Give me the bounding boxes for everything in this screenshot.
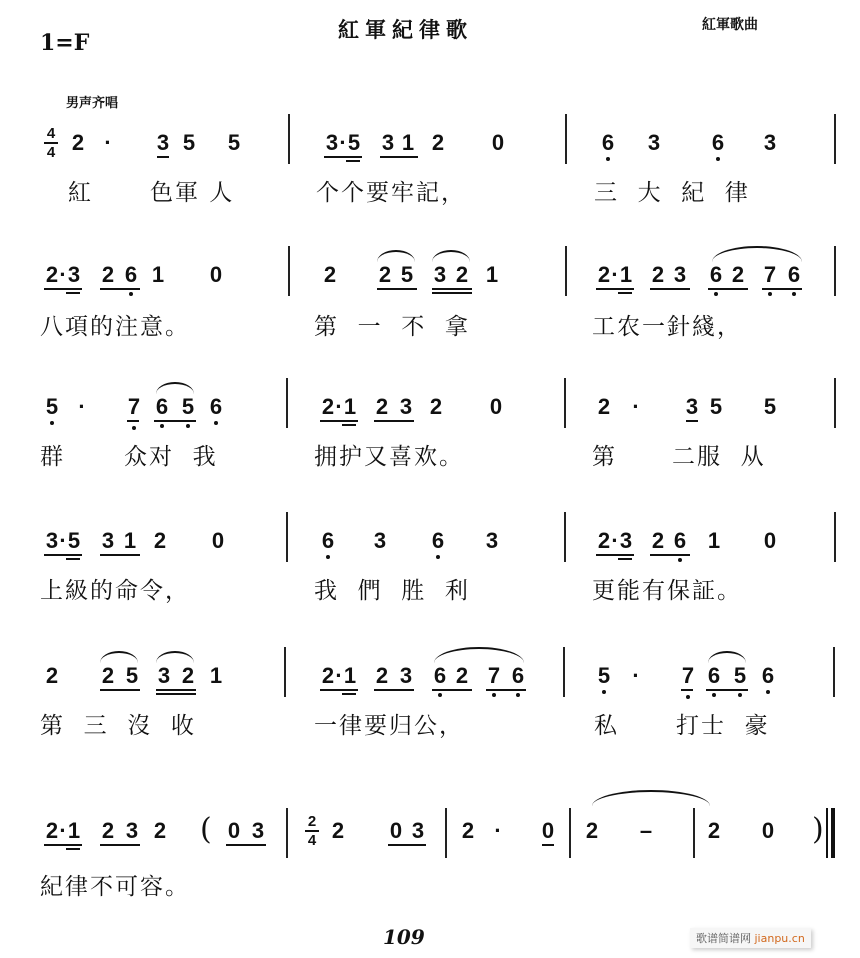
score-row-2: 2 · 3 2 6 1 0 2 2 5 3 2 1 2 · 1 2 3 6 2 … [0,262,860,342]
barline [563,647,565,697]
note: 0 [762,528,778,554]
note: 3 [124,818,140,844]
note: 2 [374,394,390,420]
note: 3 [250,818,266,844]
note: 2 [596,394,612,420]
note: 2 [650,262,666,288]
left-paren: ( [200,812,212,847]
lyric: 紀律不可容。 [40,868,190,901]
barline [565,246,567,296]
dash: – [638,818,654,844]
lyric: 工农一針綫， [592,308,742,341]
barline [286,808,288,858]
barline [569,808,571,858]
note: 0 [210,528,226,554]
performance-note: 男声齐唱 [66,92,118,111]
barline [565,114,567,164]
lyric: 打士 豪 [676,707,770,740]
lyric: 我 們 胜 利 [314,572,470,605]
note: 5 [226,130,242,156]
song-source: 紅軍歌曲 [702,14,758,34]
barline [286,512,288,562]
note: 3 [398,394,414,420]
note: 6 [708,262,724,288]
note: 5 [44,394,60,420]
note: 3 [100,528,116,554]
song-title: 紅軍紀律歌 [338,14,473,44]
note: 2 [650,528,666,554]
note: 6 [600,130,616,156]
score-row-6: 2 · 1 2 3 2 ( 0 3 24 2 0 3 2 · 0 2 – 2 0… [0,818,860,898]
note: 5 [732,663,748,689]
lyric: 八項的注意。 [40,308,190,341]
note: 7 [486,663,502,689]
barline [445,808,447,858]
note: 3 [398,663,414,689]
barline [834,378,836,428]
note: 7 [126,394,142,420]
dot: · [490,818,506,844]
note: 5 [66,528,82,554]
lyric: 第 一 不 拿 [314,308,470,341]
note: 3 [380,130,396,156]
note: 0 [490,130,506,156]
note: 1 [66,818,82,844]
right-paren: ) [812,812,824,847]
final-barline [826,808,828,858]
note: 5 [399,262,415,288]
note: 5 [181,130,197,156]
note: 2 [100,663,116,689]
note: 3 [156,663,172,689]
note: 6 [208,394,224,420]
note: 0 [208,262,224,288]
note: 0 [760,818,776,844]
lyric: 第 三 沒 收 [40,707,196,740]
note: 6 [672,528,688,554]
note: 2 [100,262,116,288]
note: 2 [460,818,476,844]
lyric: 三 大 紀 律 [594,174,750,207]
barline [288,246,290,296]
note: 2 [44,663,60,689]
lyric: 上級的命令， [40,572,190,605]
note: 0 [488,394,504,420]
note: 2 [454,262,470,288]
lyric: 色軍 人 [150,174,234,207]
dot: · [74,394,90,420]
note: 3 [155,130,171,156]
lyric: 一律要归公， [314,707,464,740]
lyric: 更能有保証。 [592,572,742,605]
page-number: 109 [383,925,425,949]
lyric: 个个要牢記， [316,174,466,207]
note: 2 [152,528,168,554]
note: 2 [430,130,446,156]
note: 5 [346,130,362,156]
note: 2 [428,394,444,420]
note: 2 [100,818,116,844]
lyric: 拥护又喜欢。 [314,438,464,471]
lyric: 私 [594,707,619,740]
note: 5 [124,663,140,689]
note: 1 [400,130,416,156]
note: 3 [484,528,500,554]
note: 5 [180,394,196,420]
note: 3 [684,394,700,420]
note: 6 [706,663,722,689]
note: 3 [672,262,688,288]
score-row-5: 2 2 5 3 2 1 2 · 1 2 3 6 2 7 6 5 · 7 6 5 … [0,663,860,743]
barline [284,647,286,697]
note: 6 [786,262,802,288]
note: 3 [372,528,388,554]
key-signature: 1=F [40,30,89,56]
note: 3 [618,528,634,554]
note: 6 [760,663,776,689]
note: 2 [152,818,168,844]
note: 2 [180,663,196,689]
note: 2 [322,262,338,288]
lyric: 紅 [68,174,93,207]
time-signature: 24 [305,814,319,848]
note: 1 [342,663,358,689]
note: 2 [454,663,470,689]
note: 2 [377,262,393,288]
dot: · [100,130,116,156]
score-row-3: 5 · 7 6 5 6 2 · 1 2 3 2 0 2 · 3 5 5 群 众对… [0,394,860,474]
note: 6 [320,528,336,554]
note: 3 [410,818,426,844]
barline [564,512,566,562]
note: 3 [762,130,778,156]
barline [286,378,288,428]
time-signature: 44 [44,126,58,160]
note: 2 [70,130,86,156]
note: 2 [330,818,346,844]
note: 6 [154,394,170,420]
barline [833,647,835,697]
barline [564,378,566,428]
barline [693,808,695,858]
score-row-4: 3 · 5 3 1 2 0 6 3 6 3 2 · 3 2 6 1 0 上級的命… [0,528,860,608]
note: 6 [432,663,448,689]
note: 1 [342,394,358,420]
note: 6 [710,130,726,156]
note: 5 [596,663,612,689]
lyric: 群 [40,438,65,471]
note: 0 [388,818,404,844]
note: 1 [706,528,722,554]
note: 7 [680,663,696,689]
note: 2 [706,818,722,844]
note: 3 [646,130,662,156]
dot: · [628,394,644,420]
lyric: 众对 我 [124,438,218,471]
note: 1 [618,262,634,288]
watermark: 歌谱简谱网 jianpu.cn [690,928,811,948]
note: 6 [123,262,139,288]
note: 2 [584,818,600,844]
note: 1 [484,262,500,288]
barline [834,114,836,164]
note: 1 [150,262,166,288]
note: 2 [374,663,390,689]
barline [834,246,836,296]
lyric: 第 [592,438,617,471]
note: 0 [540,818,556,844]
barline [288,114,290,164]
score-row-1: 44 2 · 3 5 5 3 · 5 3 1 2 0 6 3 6 3 紅 色軍 … [0,130,860,210]
final-barline-thick [831,808,835,858]
note: 1 [122,528,138,554]
note: 7 [762,262,778,288]
note: 6 [510,663,526,689]
lyric: 二服 从 [672,438,766,471]
note: 2 [730,262,746,288]
note: 5 [762,394,778,420]
note: 1 [208,663,224,689]
note: 0 [226,818,242,844]
note: 3 [432,262,448,288]
barline [834,512,836,562]
note: 5 [708,394,724,420]
note: 3 [66,262,82,288]
dot: · [628,663,644,689]
note: 6 [430,528,446,554]
